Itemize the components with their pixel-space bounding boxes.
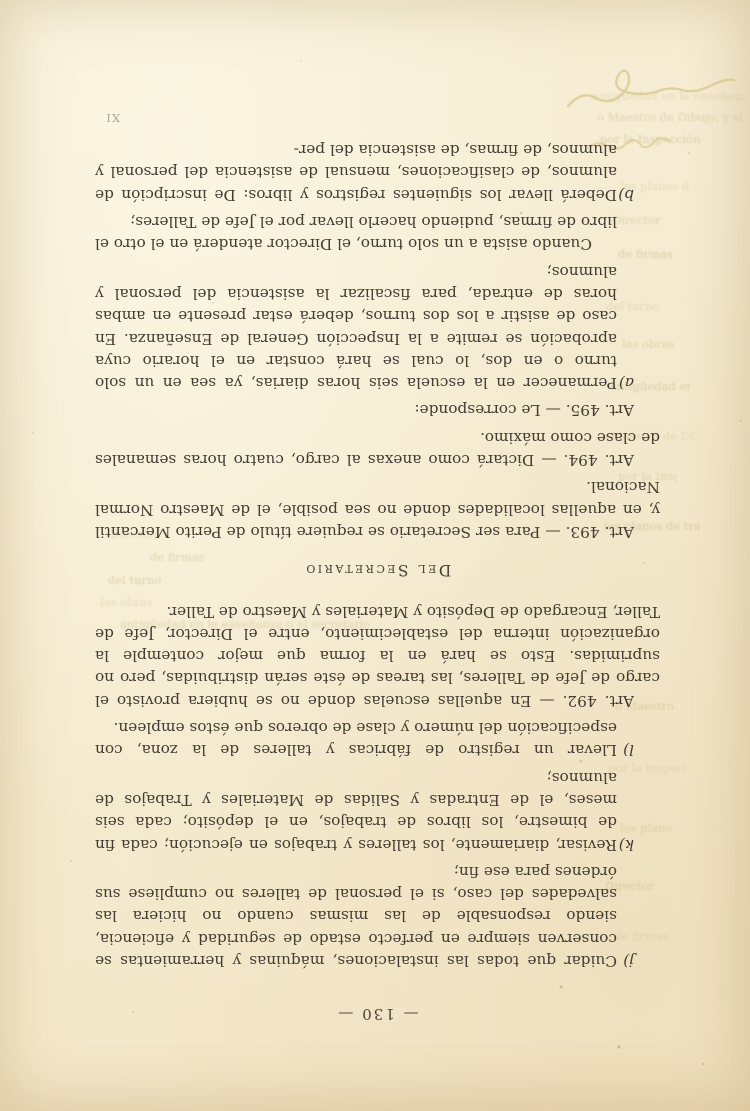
- item-text: Deberá llevar los siguientes registros y…: [95, 141, 617, 204]
- article-paragraph: Art. 493. — Para ser Secretario se requi…: [95, 476, 660, 543]
- text-body: j)Cuidar que todas las instalaciones, má…: [95, 139, 660, 972]
- item-text: Permanecer en la escuela seis horas diar…: [95, 263, 617, 392]
- list-item: a)Permanecer en la escuela seis horas di…: [95, 260, 660, 394]
- article-paragraph: Art. 492. — En aquellas escuelas donde n…: [95, 600, 660, 711]
- item-letter: k): [619, 833, 634, 855]
- list-item: b)Deberá llevar los siguientes registros…: [95, 139, 660, 206]
- scanned-page: antigüedad en la enseñanza o el secretar…: [0, 0, 750, 1111]
- article-paragraph: Art. 495. — Le corresponde:: [95, 399, 660, 421]
- signature-mark: XI: [105, 111, 120, 125]
- item-letter: b): [618, 184, 634, 206]
- item-text: Cuidar que todas las instalaciones, máqu…: [95, 863, 617, 970]
- page-number: — 130 —: [95, 1005, 660, 1023]
- continuation-paragraph: Cuando asista a un solo turno, el Direct…: [95, 211, 617, 256]
- list-item: k)Revisar, diariamente, los talleres y t…: [95, 766, 660, 855]
- item-letter: j): [623, 950, 634, 972]
- list-item: l)Llevar un registro de fábricas y talle…: [95, 717, 660, 762]
- article-paragraph: Art. 494. — Dictará como anexas al cargo…: [95, 426, 660, 471]
- item-letter: a): [619, 372, 634, 394]
- item-letter: l): [623, 739, 634, 761]
- item-text: Revisar, diariamente, los talleres y tra…: [95, 769, 617, 854]
- section-heading: Del Secretario: [95, 559, 660, 581]
- item-text: Llevar un registro de fábricas y tallere…: [95, 719, 617, 759]
- printed-page-content: — 130 — j)Cuidar que todas las instalaci…: [0, 0, 750, 1111]
- list-item: j)Cuidar que todas las instalaciones, má…: [95, 861, 660, 972]
